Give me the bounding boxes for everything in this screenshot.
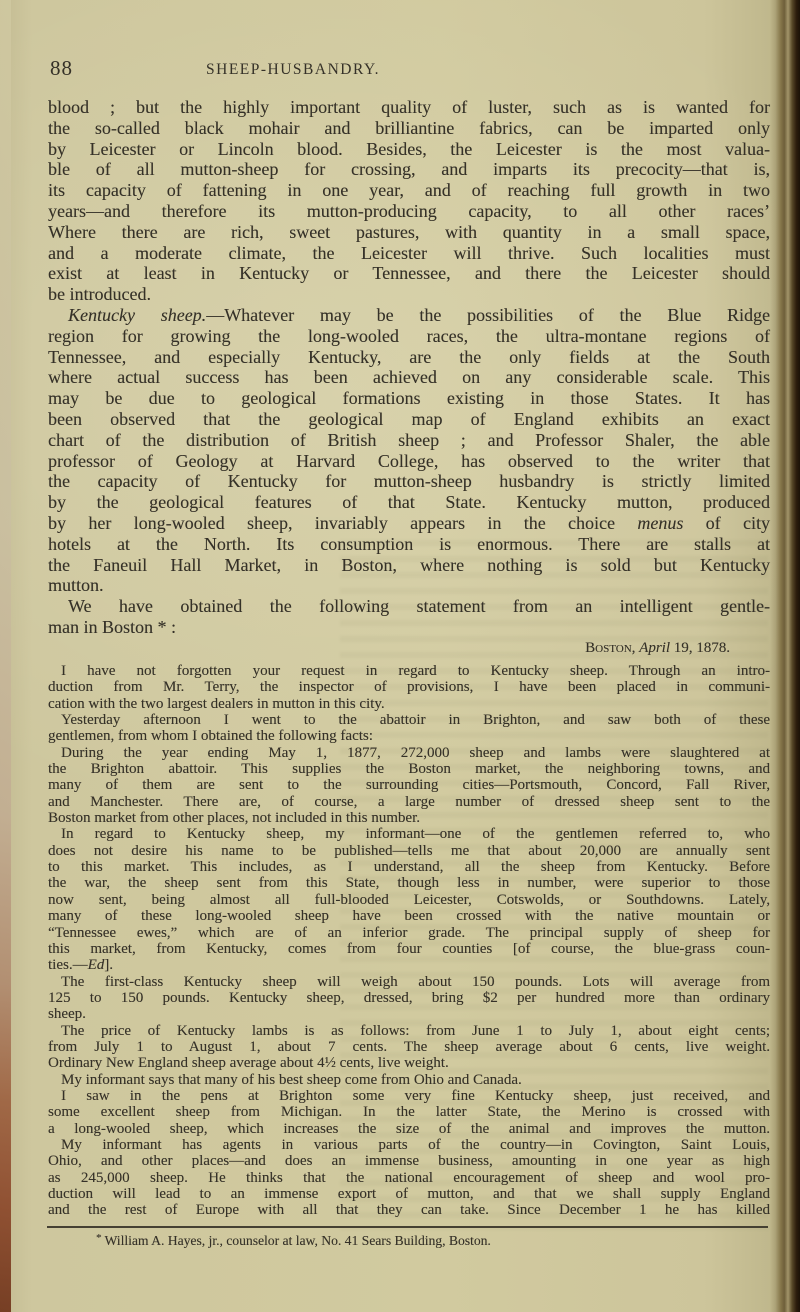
- text-line: a long-wooled sheep, which increases the…: [48, 1121, 770, 1137]
- text-line: by her long-wooled sheep, invariably app…: [48, 513, 770, 534]
- text-line: the war, the sheep sent from this State,…: [48, 875, 770, 891]
- text-line: the capacity of Kentucky for mutton-shee…: [48, 471, 770, 492]
- text-line: Ohio, and other places—and does an immen…: [48, 1153, 770, 1169]
- text-line: by the geological features of that State…: [48, 492, 770, 513]
- text-line: be introduced.: [48, 284, 770, 305]
- text-line: chart of the distribution of British she…: [48, 430, 770, 451]
- page-number: 88: [50, 56, 73, 81]
- dateline-rest: 19, 1878.: [674, 640, 730, 656]
- book-page-edge: [770, 0, 800, 1312]
- text-line: Where there are rich, sweet pastures, wi…: [48, 222, 770, 243]
- text-line: exist at least in Kentucky or Tennessee,…: [48, 263, 770, 284]
- text-line: sheep.: [48, 1006, 770, 1022]
- footnote: *William A. Hayes, jr., counselor at law…: [96, 1232, 491, 1249]
- text-line: Ordinary New England sheep average about…: [48, 1055, 770, 1071]
- text-line: During the year ending May 1, 1877, 272,…: [48, 745, 770, 761]
- letter-dateline: Boston, April 19, 1878.: [48, 640, 770, 657]
- text-line: may be due to geological formations exis…: [48, 388, 770, 409]
- text-line: some excellent sheep from Michigan. In t…: [48, 1104, 770, 1120]
- text-line: In regard to Kentucky sheep, my informan…: [48, 826, 770, 842]
- text-line: man in Boston * :: [48, 617, 770, 638]
- text-line: I saw in the pens at Brighton some very …: [48, 1088, 770, 1104]
- text-line: and the rest of Europe with all that the…: [48, 1202, 770, 1218]
- text-line: from July 1 to August 1, about 7 cents. …: [48, 1039, 770, 1055]
- text-line: Tennessee, and especially Kentucky, are …: [48, 347, 770, 368]
- dateline-place: Boston,: [585, 640, 635, 656]
- text-line: been observed that the geological map of…: [48, 409, 770, 430]
- page-scan: 88 SHEEP-HUSBANDRY. blood ; but the high…: [0, 0, 800, 1312]
- text-line: the Brighton abattoir. This supplies the…: [48, 761, 770, 777]
- running-head: SHEEP-HUSBANDRY.: [206, 61, 380, 79]
- text-line: “Tennessee ewes,” which are of an inferi…: [48, 925, 770, 941]
- text-line: My informant has agents in various parts…: [48, 1137, 770, 1153]
- text-line: 125 to 150 pounds. Kentucky sheep, dress…: [48, 990, 770, 1006]
- book-gutter-edge: [0, 0, 11, 1312]
- dateline-month: April: [639, 640, 670, 656]
- text-line: does not desire his name to be published…: [48, 843, 770, 859]
- text-line: now sent, being almost all full-blooded …: [48, 892, 770, 908]
- main-text: blood ; but the highly important quality…: [48, 97, 770, 638]
- footnote-marker: *: [96, 1232, 102, 1244]
- text-line: I have not forgotten your request in reg…: [48, 663, 770, 679]
- text-line: ble of all mutton-sheep for crossing, an…: [48, 159, 770, 180]
- text-line: by Leicester or Lincoln blood. Besides, …: [48, 139, 770, 160]
- text-line: and a moderate climate, the Leicester wi…: [48, 243, 770, 264]
- text-line: many of these long-wooled sheep have bee…: [48, 908, 770, 924]
- text-line: and Manchester. There are, of course, a …: [48, 794, 770, 810]
- text-line: ties.—Ed].: [48, 957, 770, 973]
- text-line: cation with the two largest dealers in m…: [48, 696, 770, 712]
- text-line: The price of Kentucky lambs is as follow…: [48, 1023, 770, 1039]
- text-line: professor of Geology at Harvard College,…: [48, 451, 770, 472]
- text-line: My informant says that many of his best …: [48, 1072, 770, 1088]
- text-line: to this market. This includes, as I unde…: [48, 859, 770, 875]
- text-line: region for growing the long-wooled races…: [48, 326, 770, 347]
- text-line: Kentucky sheep.—Whatever may be the poss…: [48, 305, 770, 326]
- text-line: gentlemen, from whom I obtained the foll…: [48, 728, 770, 744]
- text-line: Yesterday afternoon I went to the abatto…: [48, 712, 770, 728]
- text-line: its capacity of fattening in one year, a…: [48, 180, 770, 201]
- text-line: duction will lead to an immense export o…: [48, 1186, 770, 1202]
- footnote-rule: [47, 1226, 768, 1228]
- text-line: where actual success has been achieved o…: [48, 367, 770, 388]
- text-line: duction from Mr. Terry, the inspector of…: [48, 679, 770, 695]
- text-line: the Faneuil Hall Market, in Boston, wher…: [48, 555, 770, 576]
- text-line: hotels at the North. Its consumption is …: [48, 534, 770, 555]
- text-line: this market, from Kentucky, comes from f…: [48, 941, 770, 957]
- text-line: Boston market from other places, not inc…: [48, 810, 770, 826]
- text-line: the so-called black mohair and brilliant…: [48, 118, 770, 139]
- text-line: The first-class Kentucky sheep will weig…: [48, 974, 770, 990]
- text-line: years—and therefore its mutton-producing…: [48, 201, 770, 222]
- text-line: blood ; but the highly important quality…: [48, 97, 770, 118]
- footnote-text: William A. Hayes, jr., counselor at law,…: [105, 1233, 491, 1248]
- text-line: mutton.: [48, 575, 770, 596]
- letter-body: I have not forgotten your request in reg…: [48, 663, 770, 1219]
- text-line: many of them are sent to the surrounding…: [48, 777, 770, 793]
- text-line: We have obtained the following statement…: [48, 596, 770, 617]
- text-line: as 245,000 sheep. He thinks that the nat…: [48, 1170, 770, 1186]
